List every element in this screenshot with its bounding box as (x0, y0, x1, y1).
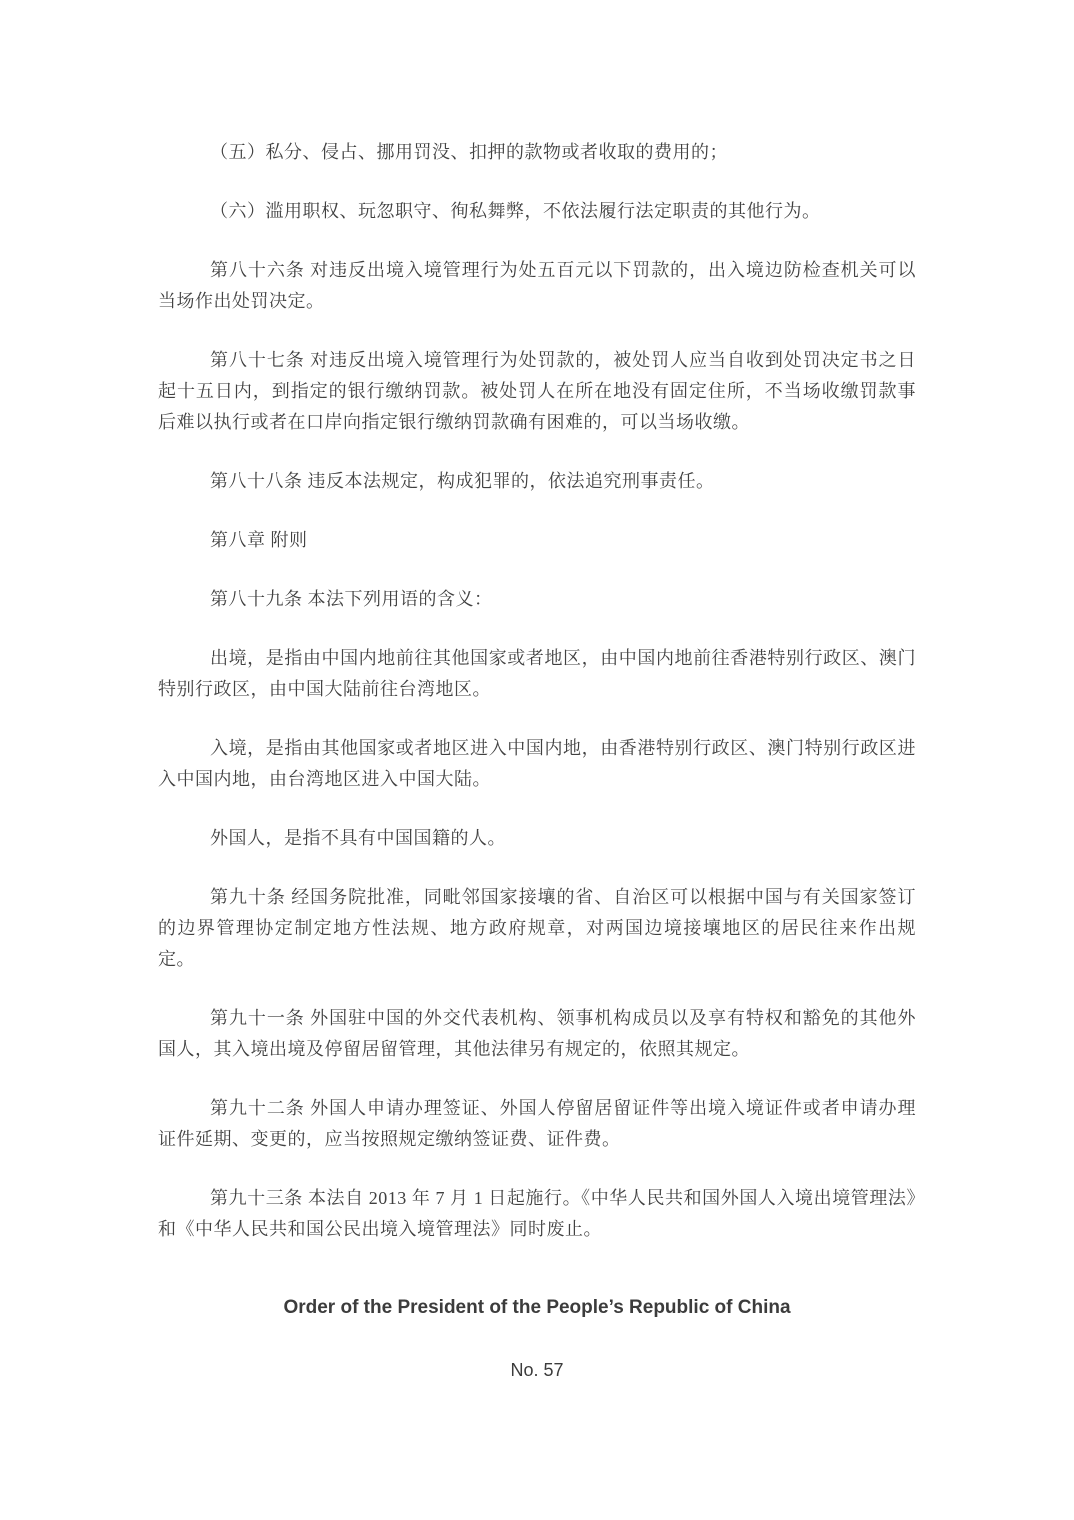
paragraph-8: 出境，是指由中国内地前往其他国家或者地区，由中国内地前往香港特别行政区、澳门特别… (158, 643, 916, 705)
order-number: No. 57 (158, 1357, 916, 1383)
paragraph-7: 第八十九条 本法下列用语的含义： (158, 584, 916, 615)
document-page: （五）私分、侵占、挪用罚没、扣押的款物或者收取的费用的；（六）滥用职权、玩忽职守… (0, 0, 1074, 1520)
paragraph-10: 外国人，是指不具有中国国籍的人。 (158, 823, 916, 854)
paragraph-11: 第九十条 经国务院批准，同毗邻国家接壤的省、自治区可以根据中国与有关国家签订的边… (158, 882, 916, 975)
paragraph-1: （五）私分、侵占、挪用罚没、扣押的款物或者收取的费用的； (158, 137, 916, 168)
paragraph-9: 入境，是指由其他国家或者地区进入中国内地，由香港特别行政区、澳门特别行政区进入中… (158, 733, 916, 795)
english-heading: Order of the President of the People’s R… (158, 1295, 916, 1321)
paragraph-12: 第九十一条 外国驻中国的外交代表机构、领事机构成员以及享有特权和豁免的其他外国人… (158, 1003, 916, 1065)
paragraph-5: 第八十八条 违反本法规定，构成犯罪的，依法追究刑事责任。 (158, 466, 916, 497)
paragraph-14: 第九十三条 本法自 2013 年 7 月 1 日起施行。《中华人民共和国外国人入… (158, 1183, 916, 1245)
paragraph-2: （六）滥用职权、玩忽职守、徇私舞弊，不依法履行法定职责的其他行为。 (158, 196, 916, 227)
chinese-law-paragraphs: （五）私分、侵占、挪用罚没、扣押的款物或者收取的费用的；（六）滥用职权、玩忽职守… (158, 137, 916, 1245)
paragraph-6: 第八章 附则 (158, 525, 916, 556)
paragraph-4: 第八十七条 对违反出境入境管理行为处罚款的，被处罚人应当自收到处罚决定书之日起十… (158, 345, 916, 438)
paragraph-3: 第八十六条 对违反出境入境管理行为处五百元以下罚款的，出入境边防检查机关可以当场… (158, 255, 916, 317)
document-body: （五）私分、侵占、挪用罚没、扣押的款物或者收取的费用的；（六）滥用职权、玩忽职守… (0, 0, 1074, 1383)
paragraph-13: 第九十二条 外国人申请办理签证、外国人停留居留证件等出境入境证件或者申请办理证件… (158, 1093, 916, 1155)
